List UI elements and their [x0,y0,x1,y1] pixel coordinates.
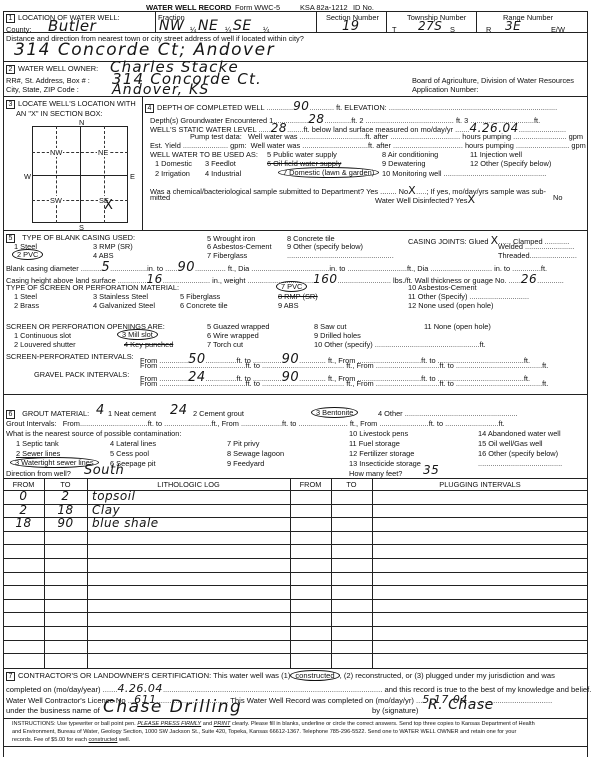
sample-row-2: mitted [150,193,170,202]
compass-e: E [130,172,135,181]
screen-option[interactable]: 8 RMP (SR) [278,292,318,301]
log-cell-plug-from[interactable] [290,558,331,572]
divider [142,96,143,230]
divider [476,11,477,32]
casing-weight-value[interactable]: 160 [313,272,337,286]
how-many-value[interactable]: 35 [423,463,439,477]
contam-option[interactable]: 4 Lateral lines [110,439,156,448]
use-option[interactable]: 2 Irrigation [155,169,190,178]
direction-value[interactable]: South [84,463,124,478]
screen-option[interactable]: 6 Concrete tile [180,301,228,310]
divider [155,11,156,32]
screen-option[interactable]: 4 Galvanized Steel [93,301,155,310]
section4-depth: 4DEPTH OF COMPLETED WELL .............90… [145,99,557,113]
log-cell-plug-to[interactable] [331,558,372,572]
log-cell-plug-from[interactable] [290,626,331,640]
log-header-plug-to: TO [331,480,372,489]
signature-value[interactable]: R. Chase [428,697,494,713]
quadrant-ne: NE [97,148,109,157]
log-cell-plug-from[interactable] [290,653,331,667]
log-cell-plug-from[interactable] [290,504,331,518]
section-number: 6 [6,410,15,419]
casing-option[interactable]: 3 RMP (SR) [93,242,133,251]
section2-label: 2WATER WELL OWNER: [6,64,98,74]
log-cell-plug-to[interactable] [331,531,372,545]
log-cell-plug-from[interactable] [290,544,331,558]
board-label: Board of Agriculture, Division of Water … [412,76,574,85]
constructed-selected[interactable]: constructed [290,670,339,681]
log-cell-from[interactable]: 2 [3,503,44,517]
log-cell-plug-interval[interactable] [372,626,588,640]
screen-option[interactable]: 9 ABS [278,301,299,310]
divider [386,11,387,32]
log-cell-plug-from[interactable] [290,612,331,626]
range-value[interactable]: 3E [505,19,521,33]
divider [3,718,588,719]
log-cell-plug-interval[interactable] [372,517,588,531]
section6-label: 6 GROUT MATERIAL: [6,409,89,419]
business-value[interactable]: Chase Drilling [103,697,242,717]
contam-option[interactable]: 7 Pit privy [227,439,259,448]
section-box-dash [32,152,128,153]
signature-label: by (signature) [372,706,418,715]
city-label: City, State, ZIP Code : [6,85,79,94]
log-cell-plug-to[interactable] [331,517,372,531]
log-cell-lithology[interactable]: topsoil [92,489,287,503]
divider [316,11,317,32]
log-cell-plug-interval[interactable] [372,572,588,586]
wall-thickness-value[interactable]: 26 [521,272,537,286]
log-cell-plug-to[interactable] [331,599,372,613]
quadrant-nw: NW [49,148,63,157]
screen-option[interactable]: 1 Steel [14,292,37,301]
log-header-from: FROM [3,480,44,489]
grout-option[interactable]: 2 Cement grout [193,409,244,418]
log-cell-plug-interval[interactable] [372,531,588,545]
yield-row: Est. Yield ...................... gpm: W… [150,141,586,150]
use-option[interactable]: 12 Other (Specify below) [470,159,551,168]
section-number: 1 [6,14,15,23]
screen-option[interactable]: 3 Stainless Steel [93,292,148,301]
section3-label-2: AN "X" IN SECTION BOX: [16,109,103,118]
log-cell-plug-from[interactable] [290,531,331,545]
screen-intervals-label: SCREEN-PERFORATED INTERVALS: [6,352,134,361]
grout-from-value[interactable]: 4 [96,403,105,418]
log-cell-to[interactable]: 18 [44,503,87,517]
contam-option[interactable]: 11 Fuel storage [349,439,400,448]
screen-interval-row-2: From ...................................… [140,361,548,370]
log-cell-plug-from[interactable] [290,599,331,613]
section-box-dash [56,126,57,223]
gravel-pack-label: GRAVEL PACK INTERVALS: [34,370,129,379]
log-cell-plug-from[interactable] [290,640,331,654]
log-cell-plug-interval[interactable] [372,558,588,572]
casing-option[interactable]: 4 ABS [93,251,114,260]
disinfected-answer[interactable]: X [467,193,475,206]
section-number: 3 [6,100,15,109]
opening-option[interactable]: 4 Key punched [124,340,173,349]
opening-option[interactable]: 9 Drilled holes [314,331,361,340]
opening-option[interactable]: 10 Other (specify) .....................… [314,340,486,349]
township-value[interactable]: 27S [418,19,442,33]
contam-option[interactable]: 8 Sewage lagoon [227,449,284,458]
use-option[interactable]: 3 Feedlot [205,159,236,168]
log-cell-plug-from[interactable] [290,585,331,599]
log-cell-plug-interval[interactable] [372,653,588,667]
divider [3,32,588,33]
contam-option[interactable]: 12 Fertilizer storage [349,449,414,458]
log-cell-plug-to[interactable] [331,653,372,667]
screen-option[interactable]: 11 Other (Specify) .....................… [408,292,529,301]
contam-option[interactable]: 14 Abandoned water well [478,429,561,438]
use-option[interactable]: 10 Monitoring well .....................… [382,169,546,178]
section-number: 7 [6,672,15,681]
log-cell-plug-from[interactable] [290,517,331,531]
log-header-plug-from: FROM [290,480,331,489]
instructions-line-2: and Environment, Bureau of Water, Geolog… [12,729,516,735]
divider [3,394,588,395]
sample-row: Was a chemical/bacteriological sample su… [150,184,546,197]
log-cell-plug-to[interactable] [331,504,372,518]
use-option[interactable]: 11 Injection well [470,150,522,159]
log-cell-plug-interval[interactable] [372,599,588,613]
log-cell-plug-interval[interactable] [372,504,588,518]
table-top [3,478,588,479]
contam-option[interactable]: 15 Oil well/Gas well [478,439,542,448]
log-cell-from[interactable]: 0 [3,489,44,503]
opening-option[interactable]: 8 Saw cut [314,322,346,331]
use-option[interactable]: 8 Air conditioning [382,150,438,159]
use-option[interactable]: 5 Public water supply [267,150,337,159]
opening-option[interactable]: 11 None (open hole) [424,322,491,331]
log-cell-plug-to[interactable] [331,490,372,504]
grout-option-selected[interactable]: 3 Bentonite [311,407,358,418]
casing-option[interactable]: 9 Other (specify below) [287,242,363,251]
opening-option[interactable]: 2 Louvered shutter [14,340,76,349]
instructions-line-3: records. Fee of $5.00 for each construct… [12,737,130,743]
pump-test-row: Pump test data: Well water was .........… [190,132,583,141]
section3-label: 3LOCATE WELL'S LOCATION WITH [6,99,136,109]
use-option-selected[interactable]: 7 Domestic (lawn & garden) [278,167,379,178]
screen-option[interactable]: 5 Fiberglass [180,292,220,301]
disinfected-no[interactable]: No [553,193,562,202]
screen-option[interactable]: 10 Asbestos-Cement [408,283,477,292]
address-label: RR#, St. Address, Box # : [6,76,90,85]
casing-other-line[interactable]: ........................................… [287,251,394,260]
casing-option[interactable]: 6 Asbestos-Cement [207,242,272,251]
grout-option[interactable]: 4 Other ................................… [378,409,518,418]
log-cell-plug-interval[interactable] [372,612,588,626]
casing-option[interactable]: 7 Fiberglass [207,251,247,260]
log-header-to: TO [44,480,87,489]
grout-option[interactable]: 1 Neat cement [108,409,156,418]
use-label: WELL WATER TO BE USED AS: [150,150,258,159]
compass-w: W [24,172,31,181]
well-location-mark[interactable]: X [104,198,113,213]
contam-other-line[interactable]: ........................................… [478,459,562,468]
opening-option-selected[interactable]: 3 Mill slot [117,329,158,340]
log-header-lithologic: LITHOLOGIC LOG [87,480,290,489]
log-cell-plug-interval[interactable] [372,490,588,504]
log-cell-to[interactable]: 2 [44,489,87,503]
contam-option[interactable]: 10 Livestock pens [349,429,408,438]
application-number-label: Application Number: [412,85,479,94]
log-cell-plug-to[interactable] [331,626,372,640]
joints-welded[interactable]: Welded ........................ [498,242,574,251]
opening-option[interactable]: 5 Guazed wrapped [207,322,269,331]
gravel-interval-row-2: From ...................................… [140,379,548,388]
use-option[interactable]: 9 Dewatering [382,159,426,168]
instructions-line-1: INSTRUCTIONS: Use typewriter or ball poi… [12,721,535,727]
divider [3,230,588,231]
log-cell-plug-interval[interactable] [372,544,588,558]
opening-option[interactable]: 6 Wire wrapped [207,331,259,340]
log-cell-plug-interval[interactable] [372,585,588,599]
how-many-label: How many feet? [349,469,402,478]
log-cell-plug-to[interactable] [331,585,372,599]
contamination-label: What is the nearest source of possible c… [6,429,181,438]
log-cell-lithology[interactable]: blue shale [92,516,287,530]
divider [3,96,588,97]
contam-option[interactable]: 1 Septic tank [16,439,59,448]
certification-row-1: 7CONTRACTOR'S OR LANDOWNER'S CERTIFICATI… [6,671,555,681]
depth-value[interactable]: 90 [293,99,309,113]
use-option[interactable]: 4 Industrial [205,169,241,178]
contam-option[interactable]: 5 Cess pool [110,449,149,458]
screen-option[interactable]: 12 None used (open hole) [408,301,493,310]
grout-intervals-row: Grout Intervals: From...................… [6,419,505,428]
log-cell-plug-to[interactable] [331,612,372,626]
use-option[interactable]: 1 Domestic [155,159,192,168]
log-header-plugging: PLUGGING INTERVALS [372,480,588,489]
section-box-hline [32,175,128,176]
screen-material-label: TYPE OF SCREEN OR PERFORATION MATERIAL: [6,283,179,292]
table-bottom [3,668,588,669]
log-cell-lithology[interactable]: Clay [92,503,287,517]
distance-value[interactable]: 314 Concorde Ct; Andover [14,40,275,60]
quadrant-sw: SW [49,196,63,205]
contam-option[interactable]: 16 Other (specify below) [478,449,558,458]
log-cell-plug-to[interactable] [331,544,372,558]
log-cell-plug-interval[interactable] [372,640,588,654]
log-cell-plug-from[interactable] [290,572,331,586]
form-bottom [3,746,588,747]
section-box-dash [32,200,128,201]
screen-option[interactable]: 2 Brass [14,301,39,310]
joints-threaded[interactable]: Threaded....................... [498,251,577,260]
disinfected-row: Water Well Disinfected? YesX [375,193,475,206]
log-cell-plug-to[interactable] [331,572,372,586]
contam-option[interactable]: 9 Feedyard [227,459,264,468]
grout-to-value[interactable]: 24 [170,403,188,418]
contam-option[interactable]: 13 Insecticide storage [349,459,421,468]
opening-option[interactable]: 1 Continuous slot [14,331,71,340]
opening-option[interactable]: 7 Torch cut [207,340,243,349]
log-cell-plug-from[interactable] [290,490,331,504]
section-number: 2 [6,65,15,74]
direction-label: Direction from well? [6,469,71,478]
log-cell-to[interactable]: 90 [44,516,87,530]
divider [3,61,588,62]
log-cell-from[interactable]: 18 [3,516,44,530]
log-cell-plug-to[interactable] [331,640,372,654]
business-label: under the business name of [6,706,100,715]
